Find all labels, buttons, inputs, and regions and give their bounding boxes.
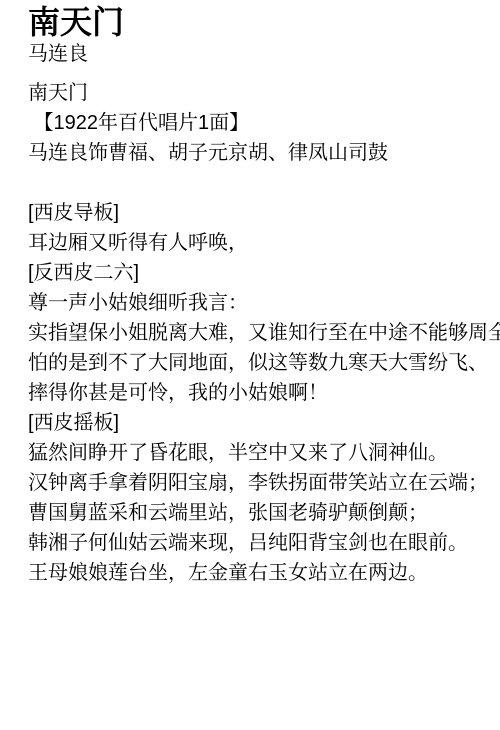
lyric-line-record-info: 【1922年百代唱片1面】 bbox=[28, 108, 500, 138]
lyric-line: 王母娘娘莲台坐，左金童右玉女站立在两边。 bbox=[28, 558, 500, 588]
lyric-line: 汉钟离手拿着阴阳宝扇，李铁拐面带笑站立在云端； bbox=[28, 468, 500, 498]
lyric-line-section-marker: [西皮摇板] bbox=[28, 408, 500, 438]
lyric-line: 实指望保小姐脱离大难，又谁知行至在中途不能够周全。 bbox=[28, 318, 500, 348]
lyric-line: 韩湘子何仙姑云端来现，吕纯阳背宝剑也在眼前。 bbox=[28, 528, 500, 558]
author-name: 马连良 bbox=[28, 42, 500, 66]
lyric-line: 摔得你甚是可怜，我的小姑娘啊！ bbox=[28, 378, 500, 408]
lyric-line-opera-title: 南天门 bbox=[28, 78, 500, 108]
lyric-line: 耳边厢又听得有人呼唤， bbox=[28, 228, 500, 258]
lyric-line: 尊一声小姑娘细听我言： bbox=[28, 288, 500, 318]
lyric-line: 曹国舅蓝采和云端里站，张国老骑驴颠倒颠； bbox=[28, 498, 500, 528]
lyric-line: 怕的是到不了大同地面，似这等数九寒天大雪纷飞、 bbox=[28, 348, 500, 378]
lyrics-block: 南天门 【1922年百代唱片1面】 马连良饰曹福、胡子元京胡、律凤山司鼓 [西皮… bbox=[28, 78, 500, 588]
page-title: 南天门 bbox=[28, 2, 500, 42]
lyric-line: 猛然间睁开了昏花眼，半空中又来了八洞神仙。 bbox=[28, 438, 500, 468]
lyric-line-blank bbox=[28, 168, 500, 198]
lyric-line-section-marker: [西皮导板] bbox=[28, 198, 500, 228]
lyrics-page: 南天门 马连良 南天门 【1922年百代唱片1面】 马连良饰曹福、胡子元京胡、律… bbox=[0, 0, 500, 730]
lyric-line-section-marker: [反西皮二六] bbox=[28, 258, 500, 288]
lyric-line-performers: 马连良饰曹福、胡子元京胡、律凤山司鼓 bbox=[28, 138, 500, 168]
